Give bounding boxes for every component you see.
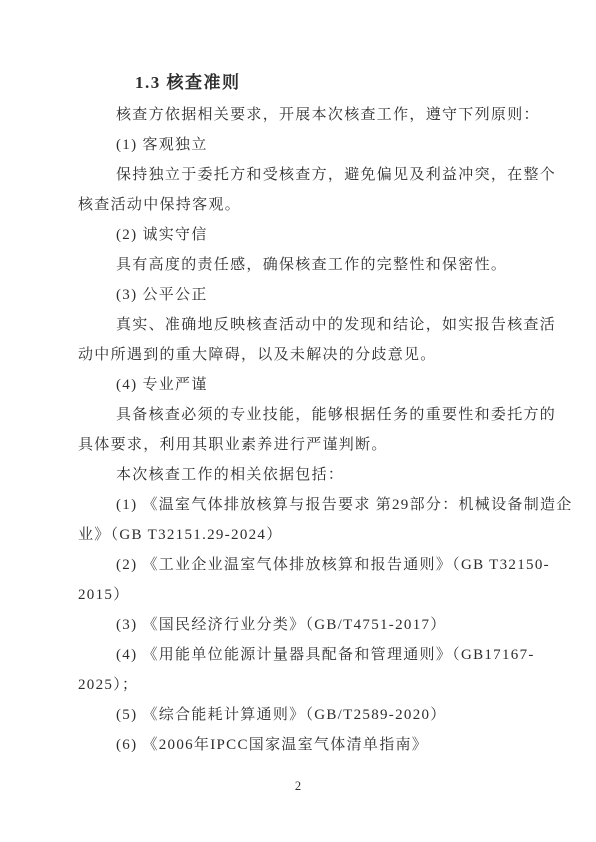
text-line: (4) 《用能单位能源计量器具配备和管理通则》（GB17167-	[78, 640, 520, 670]
page-number: 2	[0, 779, 596, 794]
text-line: (4) 专业严谨	[78, 370, 520, 400]
text-line: 具体要求，利用其职业素养进行严谨判断。	[78, 430, 520, 460]
text-line: 本次核查工作的相关依据包括：	[78, 460, 520, 490]
text-line: (6) 《2006年IPCC国家温室气体清单指南》	[78, 730, 520, 760]
section-heading: 1.3 核查准则	[135, 66, 520, 100]
text-line: (3) 公平公正	[78, 280, 520, 310]
document-content: 1.3 核查准则 核查方依据相关要求，开展本次核查工作，遵守下列原则： (1) …	[78, 66, 520, 760]
text-line: 动中所遇到的重大障碍，以及未解决的分歧意见。	[78, 340, 520, 370]
text-line: 真实、准确地反映核查活动中的发现和结论，如实报告核查活	[78, 310, 520, 340]
text-line: 核查活动中保持客观。	[78, 190, 520, 220]
text-line: (1) 《温室气体排放核算与报告要求 第29部分：机械设备制造企	[78, 490, 520, 520]
text-line: (5) 《综合能耗计算通则》（GB/T2589-2020）	[78, 700, 520, 730]
text-line: (2) 诚实守信	[78, 220, 520, 250]
text-line: 2025）；	[78, 670, 520, 700]
text-line: (2) 《工业企业温室气体排放核算和报告通则》（GB T32150-	[78, 550, 520, 580]
text-line: 保持独立于委托方和受核查方，避免偏见及利益冲突，在整个	[78, 160, 520, 190]
text-line: 核查方依据相关要求，开展本次核查工作，遵守下列原则：	[78, 100, 520, 130]
document-page: 1.3 核查准则 核查方依据相关要求，开展本次核查工作，遵守下列原则： (1) …	[0, 0, 596, 842]
text-line: 具备核查必须的专业技能，能够根据任务的重要性和委托方的	[78, 400, 520, 430]
text-line: 2015）	[78, 580, 520, 610]
text-line: 业》（GB T32151.29-2024）	[78, 520, 520, 550]
text-line: (1) 客观独立	[78, 130, 520, 160]
text-line: (3) 《国民经济行业分类》（GB/T4751-2017）	[78, 610, 520, 640]
text-line: 具有高度的责任感，确保核查工作的完整性和保密性。	[78, 250, 520, 280]
